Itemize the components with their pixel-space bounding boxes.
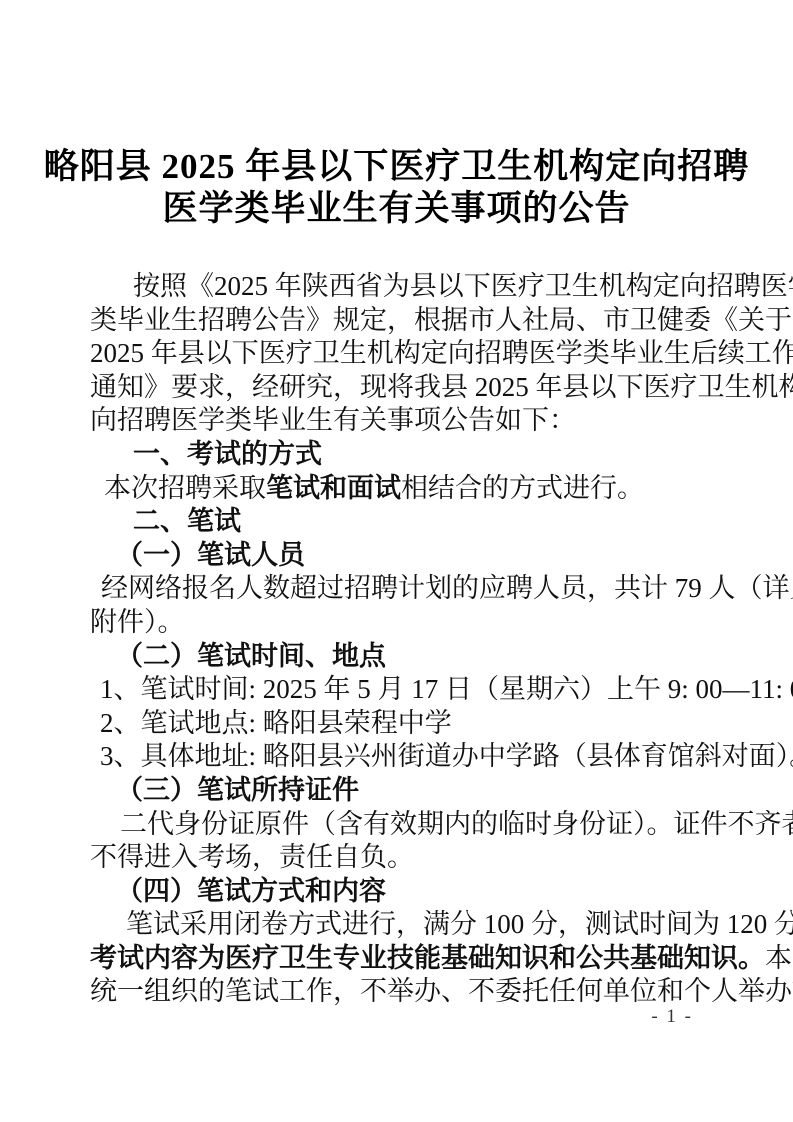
- doc-text-bold: （三）笔试所持证件: [116, 775, 359, 805]
- doc-line: 笔试采用闭卷方式进行，满分 100 分，测试时间为 120 分钟。: [90, 908, 703, 942]
- doc-text: 统一组织的笔试工作，不举办、不委托任何单位和个人举办辅导: [90, 976, 793, 1006]
- doc-text: 附件）。: [90, 607, 185, 637]
- doc-line: 类毕业生招聘公告》规定，根据市人社局、市卫健委《关于做好: [90, 304, 703, 338]
- doc-line: 不得进入考场，责任自负。: [90, 841, 703, 875]
- doc-text: 相结合的方式进行。: [401, 473, 644, 503]
- doc-text-bold: 考试内容为医疗卫生专业技能基础知识和公共基础知识。: [90, 943, 765, 973]
- doc-title-line-2: 医学类毕业生有关事项的公告: [0, 188, 793, 230]
- doc-line: 附件）。: [90, 606, 703, 640]
- doc-line: 二代身份证原件（含有效期内的临时身份证）。证件不齐者，: [90, 808, 703, 842]
- doc-line: 2、笔试地点: 略阳县荣程中学: [90, 707, 703, 741]
- doc-line: 3、具体地址: 略阳县兴州街道办中学路（县体育馆斜对面）。: [90, 740, 703, 774]
- doc-text: 不得进入考场，责任自负。: [90, 842, 414, 872]
- page-number: - 1 -: [651, 1006, 693, 1028]
- doc-text: 二代身份证原件（含有效期内的临时身份证）。证件不齐者，: [120, 809, 793, 839]
- doc-text-bold: （四）笔试方式和内容: [116, 876, 386, 906]
- doc-line: 向招聘医学类毕业生有关事项公告如下：: [90, 404, 703, 438]
- doc-text: 通知》要求，经研究，现将我县 2025 年县以下医疗卫生机构定: [90, 372, 793, 402]
- doc-text-bold: （二）笔试时间、地点: [116, 641, 386, 671]
- doc-text-bold: （一）笔试人员: [116, 540, 305, 570]
- doc-heading: （四）笔试方式和内容: [90, 875, 703, 909]
- doc-line: 按照《2025 年陕西省为县以下医疗卫生机构定向招聘医学: [90, 270, 703, 304]
- doc-text: 笔试采用闭卷方式进行，满分 100 分，测试时间为 120 分钟。: [126, 909, 793, 939]
- doc-text: 本次招聘采取: [104, 473, 266, 503]
- doc-line: 通知》要求，经研究，现将我县 2025 年县以下医疗卫生机构定: [90, 371, 703, 405]
- doc-text: 经网络报名人数超过招聘计划的应聘人员，共计 79 人（详见: [101, 573, 793, 603]
- doc-title: 略阳县 2025 年县以下医疗卫生机构定向招聘 医学类毕业生有关事项的公告: [0, 0, 793, 230]
- doc-text: 1、笔试时间: 2025 年 5 月 17 日（星期六）上午 9: 00—11:…: [100, 674, 793, 704]
- doc-text: 2、笔试地点: 略阳县荣程中学: [100, 708, 452, 738]
- doc-heading: 一、考试的方式: [90, 438, 703, 472]
- doc-text: 2025 年县以下医疗卫生机构定向招聘医学类毕业生后续工作的: [90, 338, 793, 368]
- doc-text: 按照《2025 年陕西省为县以下医疗卫生机构定向招聘医学: [133, 271, 793, 301]
- doc-text-bold: 一、考试的方式: [133, 439, 322, 469]
- doc-text-bold: 二、笔试: [133, 506, 241, 536]
- doc-text: 3、具体地址: 略阳县兴州街道办中学路（县体育馆斜对面）。: [100, 741, 793, 771]
- doc-body: 按照《2025 年陕西省为县以下医疗卫生机构定向招聘医学类毕业生招聘公告》规定，…: [0, 270, 793, 1009]
- doc-text: 类毕业生招聘公告》规定，根据市人社局、市卫健委《关于做好: [90, 305, 793, 335]
- doc-text-bold: 笔试和面试: [266, 473, 401, 503]
- doc-text: 本次: [765, 943, 793, 973]
- doc-title-line-1: 略阳县 2025 年县以下医疗卫生机构定向招聘: [0, 146, 793, 188]
- doc-text: 向招聘医学类毕业生有关事项公告如下：: [90, 405, 576, 435]
- doc-line: 统一组织的笔试工作，不举办、不委托任何单位和个人举办辅导: [90, 975, 703, 1009]
- doc-line: 本次招聘采取笔试和面试相结合的方式进行。: [90, 472, 703, 506]
- doc-heading: （二）笔试时间、地点: [90, 640, 703, 674]
- doc-line: 2025 年县以下医疗卫生机构定向招聘医学类毕业生后续工作的: [90, 337, 703, 371]
- doc-heading: （三）笔试所持证件: [90, 774, 703, 808]
- doc-line: 1、笔试时间: 2025 年 5 月 17 日（星期六）上午 9: 00—11:…: [90, 673, 703, 707]
- doc-line: 经网络报名人数超过招聘计划的应聘人员，共计 79 人（详见: [90, 572, 703, 606]
- doc-heading: （一）笔试人员: [90, 539, 703, 573]
- doc-heading: 二、笔试: [90, 505, 703, 539]
- document-page: 略阳县 2025 年县以下医疗卫生机构定向招聘 医学类毕业生有关事项的公告 按照…: [0, 0, 793, 1122]
- doc-line: 考试内容为医疗卫生专业技能基础知识和公共基础知识。本次: [90, 942, 703, 976]
